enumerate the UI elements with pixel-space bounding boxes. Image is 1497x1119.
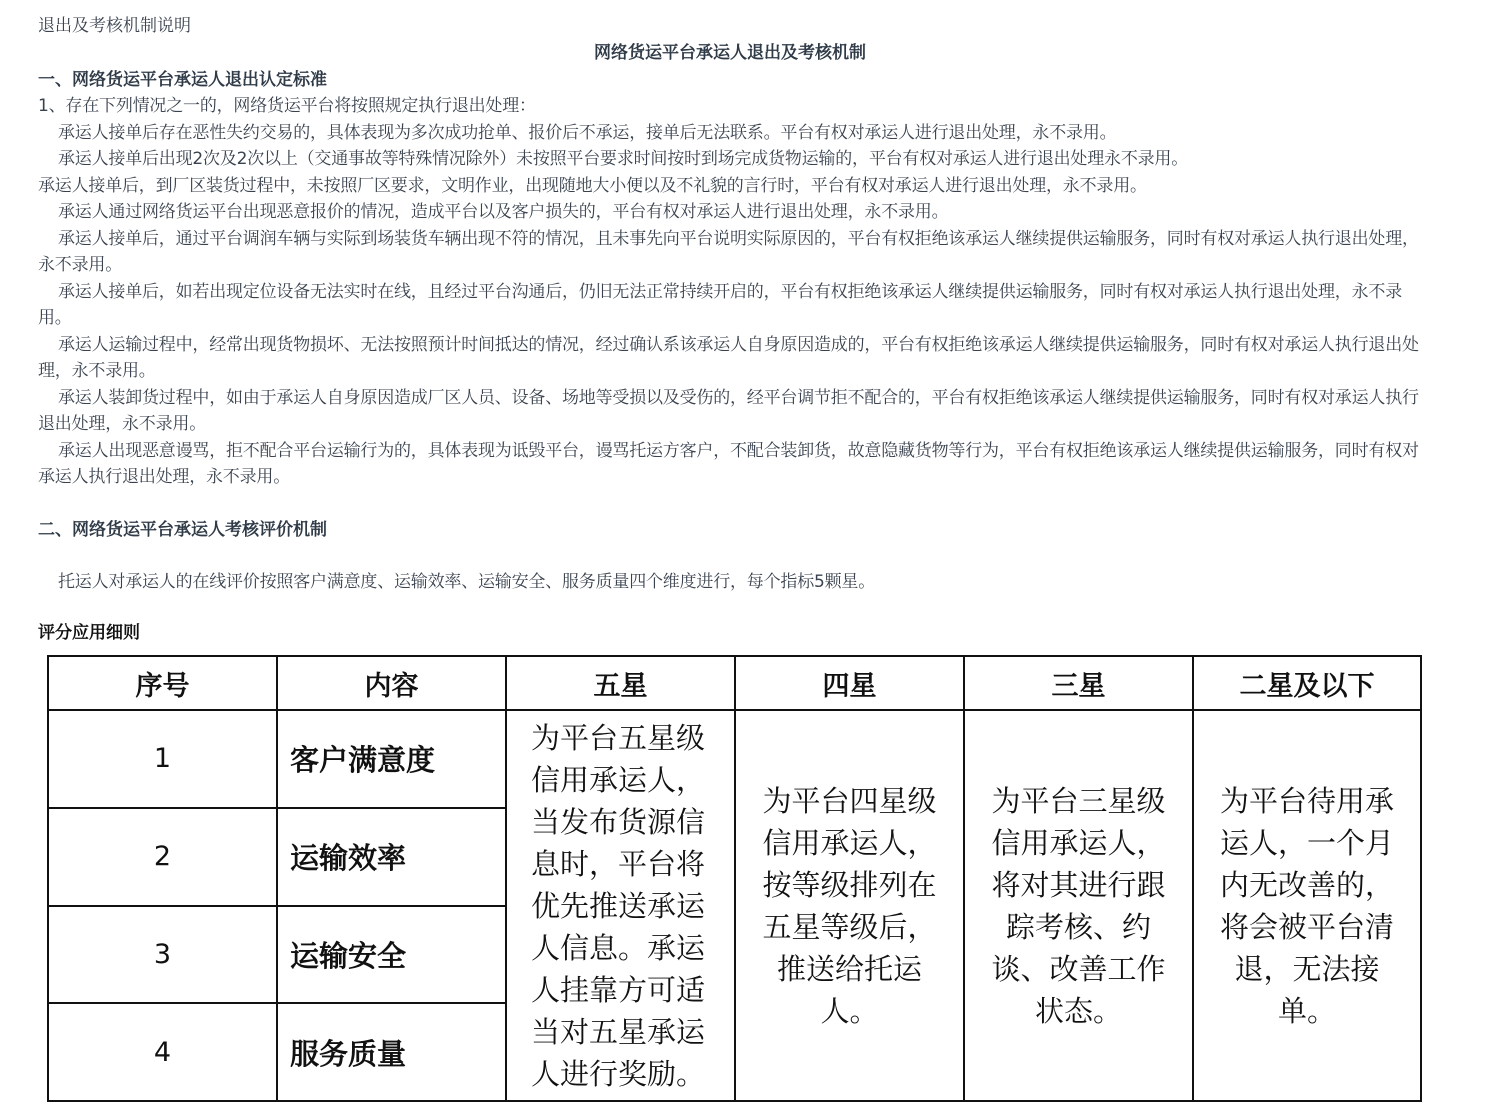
exit-rule-6: 承运人接单后，如若出现定位设备无法实时在线，且经过平台沟通后，仍旧无法正常持续开… [38, 279, 1422, 332]
exit-rule-2: 承运人接单后出现2次及2次以上（交通事故等特殊情况除外）未按照平台要求时间按时到… [38, 146, 1422, 173]
header-content: 内容 [277, 656, 506, 710]
row-content: 客户满意度 [277, 710, 506, 808]
header-two-star-below: 二星及以下 [1193, 656, 1421, 710]
row-index: 4 [48, 1003, 277, 1101]
five-star-description: 为平台五星级信用承运人，当发布货源信息时，平台将优先推送承运人信息。承运人挂靠方… [506, 710, 735, 1101]
table-row: 1 客户满意度 为平台五星级信用承运人，当发布货源信息时，平台将优先推送承运人信… [48, 710, 1421, 808]
exit-rule-1: 承运人接单后存在恶性失约交易的，具体表现为多次成功抢单、报价后不承运，接单后无法… [38, 120, 1422, 147]
document-title: 退出及考核机制说明 [38, 13, 1422, 39]
rating-rules-heading: 评分应用细则 [38, 621, 1422, 645]
document-page: 退出及考核机制说明 网络货运平台承运人退出及考核机制 一、网络货运平台承运人退出… [38, 13, 1422, 645]
row-index: 3 [48, 906, 277, 1004]
three-star-description: 为平台三星级信用承运人，将对其进行跟踪考核、约谈、改善工作状态。 [964, 710, 1193, 1101]
table-header-row: 序号 内容 五星 四星 三星 二星及以下 [48, 656, 1421, 710]
exit-rule-3: 承运人接单后，到厂区装货过程中，未按照厂区要求，文明作业，出现随地大小便以及不礼… [38, 173, 1422, 200]
exit-rule-8: 承运人装卸货过程中，如由于承运人自身原因造成厂区人员、设备、场地等受损以及受伤的… [38, 385, 1422, 438]
row-index: 2 [48, 808, 277, 906]
exit-rule-5: 承运人接单后，通过平台调润车辆与实际到场装货车辆出现不符的情况，且未事先向平台说… [38, 226, 1422, 279]
row-content: 运输安全 [277, 906, 506, 1004]
row-content: 服务质量 [277, 1003, 506, 1101]
section-1-heading: 一、网络货运平台承运人退出认定标准 [38, 67, 1422, 93]
spacer [38, 595, 1422, 621]
exit-rule-4: 承运人通过网络货运平台出现恶意报价的情况，造成平台以及客户损失的，平台有权对承运… [38, 199, 1422, 226]
four-star-description: 为平台四星级信用承运人，按等级排列在五星等级后，推送给托运人。 [735, 710, 964, 1101]
two-star-below-description: 为平台待用承运人，一个月内无改善的，将会被平台清退，无法接单。 [1193, 710, 1421, 1101]
spacer [38, 543, 1422, 569]
exit-rule-7: 承运人运输过程中，经常出现货物损坏、无法按照预计时间抵达的情况，经过确认系该承运… [38, 332, 1422, 385]
section-2-heading: 二、网络货运平台承运人考核评价机制 [38, 517, 1422, 543]
header-three-star: 三星 [964, 656, 1193, 710]
section-2-body: 托运人对承运人的在线评价按照客户满意度、运输效率、运输安全、服务质量四个维度进行… [38, 569, 1422, 596]
row-content: 运输效率 [277, 808, 506, 906]
row-index: 1 [48, 710, 277, 808]
header-five-star: 五星 [506, 656, 735, 710]
exit-rule-9: 承运人出现恶意谩骂，拒不配合平台运输行为的，具体表现为诋毁平台，谩骂托运方客户，… [38, 438, 1422, 491]
header-index: 序号 [48, 656, 277, 710]
rating-rules-table: 序号 内容 五星 四星 三星 二星及以下 1 客户满意度 为平台五星级信用承运人… [47, 655, 1422, 1102]
document-heading: 网络货运平台承运人退出及考核机制 [38, 39, 1422, 67]
spacer [38, 491, 1422, 517]
section-1-intro: 1、存在下列情况之一的，网络货运平台将按照规定执行退出处理： [38, 93, 1422, 120]
header-four-star: 四星 [735, 656, 964, 710]
